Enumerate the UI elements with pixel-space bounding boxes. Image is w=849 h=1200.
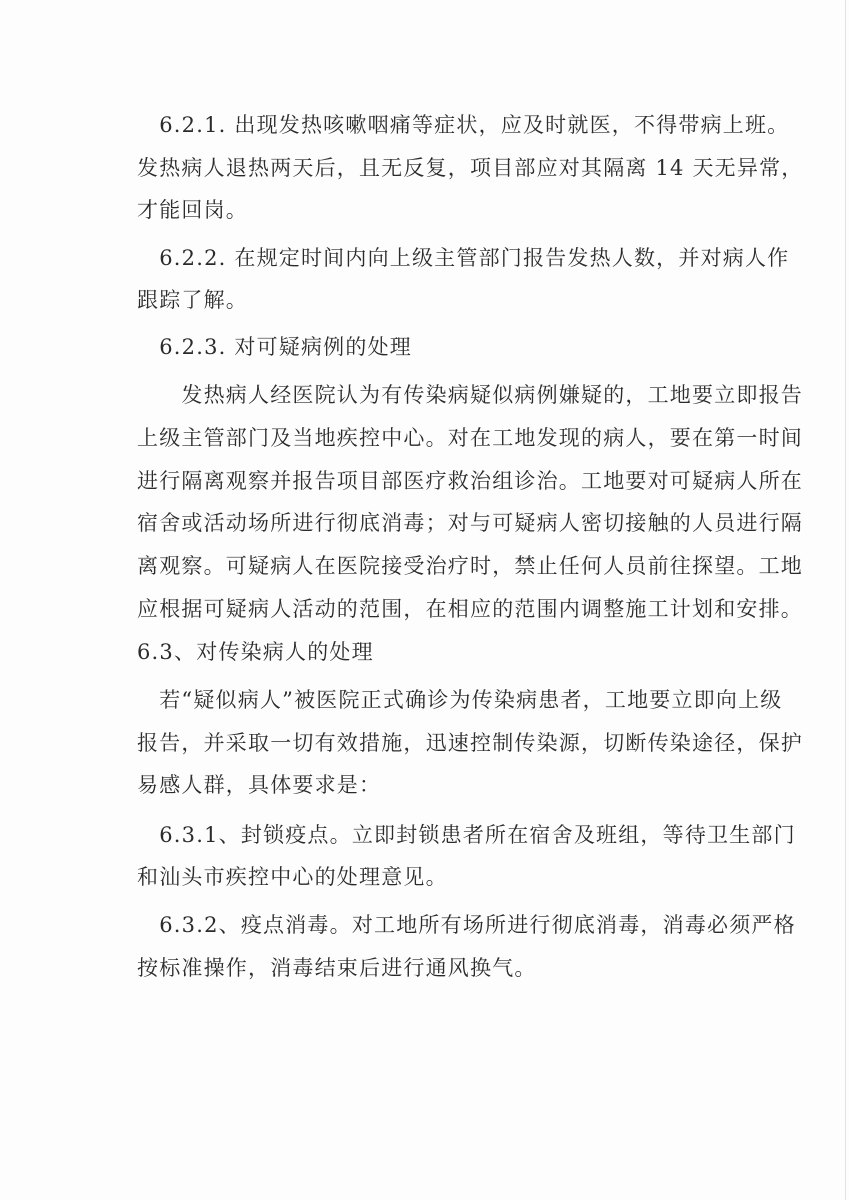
scan-edge-line bbox=[845, 0, 846, 1200]
paragraph-6-2-3-line-6: 应根据可疑病人活动的范围，在相应的范围内调整施工计划和安排。 bbox=[137, 596, 718, 622]
paragraph-6-2-3-line-1: 发热病人经医院认为有传染病疑似病例嫌疑的，工地要立即报告 bbox=[137, 382, 718, 408]
paragraph-6-3-line-2: 报告，并采取一切有效措施，迅速控制传染源，切断传染途径，保护 bbox=[137, 730, 718, 756]
paragraph-6-2-3-line-3: 进行隔离观察并报告项目部医疗救治组诊治。工地要对可疑病人所在 bbox=[137, 468, 718, 494]
paragraph-6-2-3-line-5: 离观察。可疑病人在医院接受治疗时，禁止任何人员前往探望。工地 bbox=[137, 553, 718, 579]
paragraph-6-2-3-line-4: 宿舍或活动场所进行彻底消毒；对与可疑病人密切接触的人员进行隔 bbox=[137, 510, 718, 536]
section-heading-6-3: 6.3、对传染病人的处理 bbox=[137, 639, 374, 665]
paragraph-6-3-1-line-1: 6.3.1、封锁疫点。立即封锁患者所在宿舍及班组，等待卫生部门 bbox=[137, 822, 718, 848]
paragraph-6-3-2-line-2: 按标准操作，消毒结束后进行通风换气。 bbox=[137, 955, 537, 981]
paragraph-6-3-line-3: 易感人群，具体要求是： bbox=[137, 772, 381, 798]
paragraph-6-2-2-line-1: 6.2.2. 在规定时间内向上级主管部门报告发热人数，并对病人作 bbox=[137, 245, 718, 271]
paragraph-6-2-1-line-1: 6.2.1. 出现发热咳嗽咽痛等症状，应及时就医，不得带病上班。 bbox=[137, 112, 718, 138]
paragraph-6-3-line-1: 若“疑似病人”被医院正式确诊为传染病患者，工地要立即向上级 bbox=[137, 687, 718, 713]
document-page: 6.2.1. 出现发热咳嗽咽痛等症状，应及时就医，不得带病上班。 发热病人退热两… bbox=[0, 0, 849, 1200]
paragraph-6-3-2-line-1: 6.3.2、疫点消毒。对工地所有场所进行彻底消毒，消毒必须严格 bbox=[137, 912, 718, 938]
paragraph-6-2-3-line-2: 上级主管部门及当地疾控中心。对在工地发现的病人，要在第一时间 bbox=[137, 425, 718, 451]
section-heading-6-2-3: 6.2.3. 对可疑病例的处理 bbox=[137, 334, 412, 360]
paragraph-6-2-1-line-3: 才能回岗。 bbox=[137, 197, 248, 223]
paragraph-6-2-2-line-2: 跟踪了解。 bbox=[137, 287, 248, 313]
paragraph-6-2-1-line-2: 发热病人退热两天后，且无反复，项目部应对其隔离 14 天无异常， bbox=[137, 155, 718, 181]
paragraph-6-3-1-line-2: 和汕头市疾控中心的处理意见。 bbox=[137, 864, 448, 890]
